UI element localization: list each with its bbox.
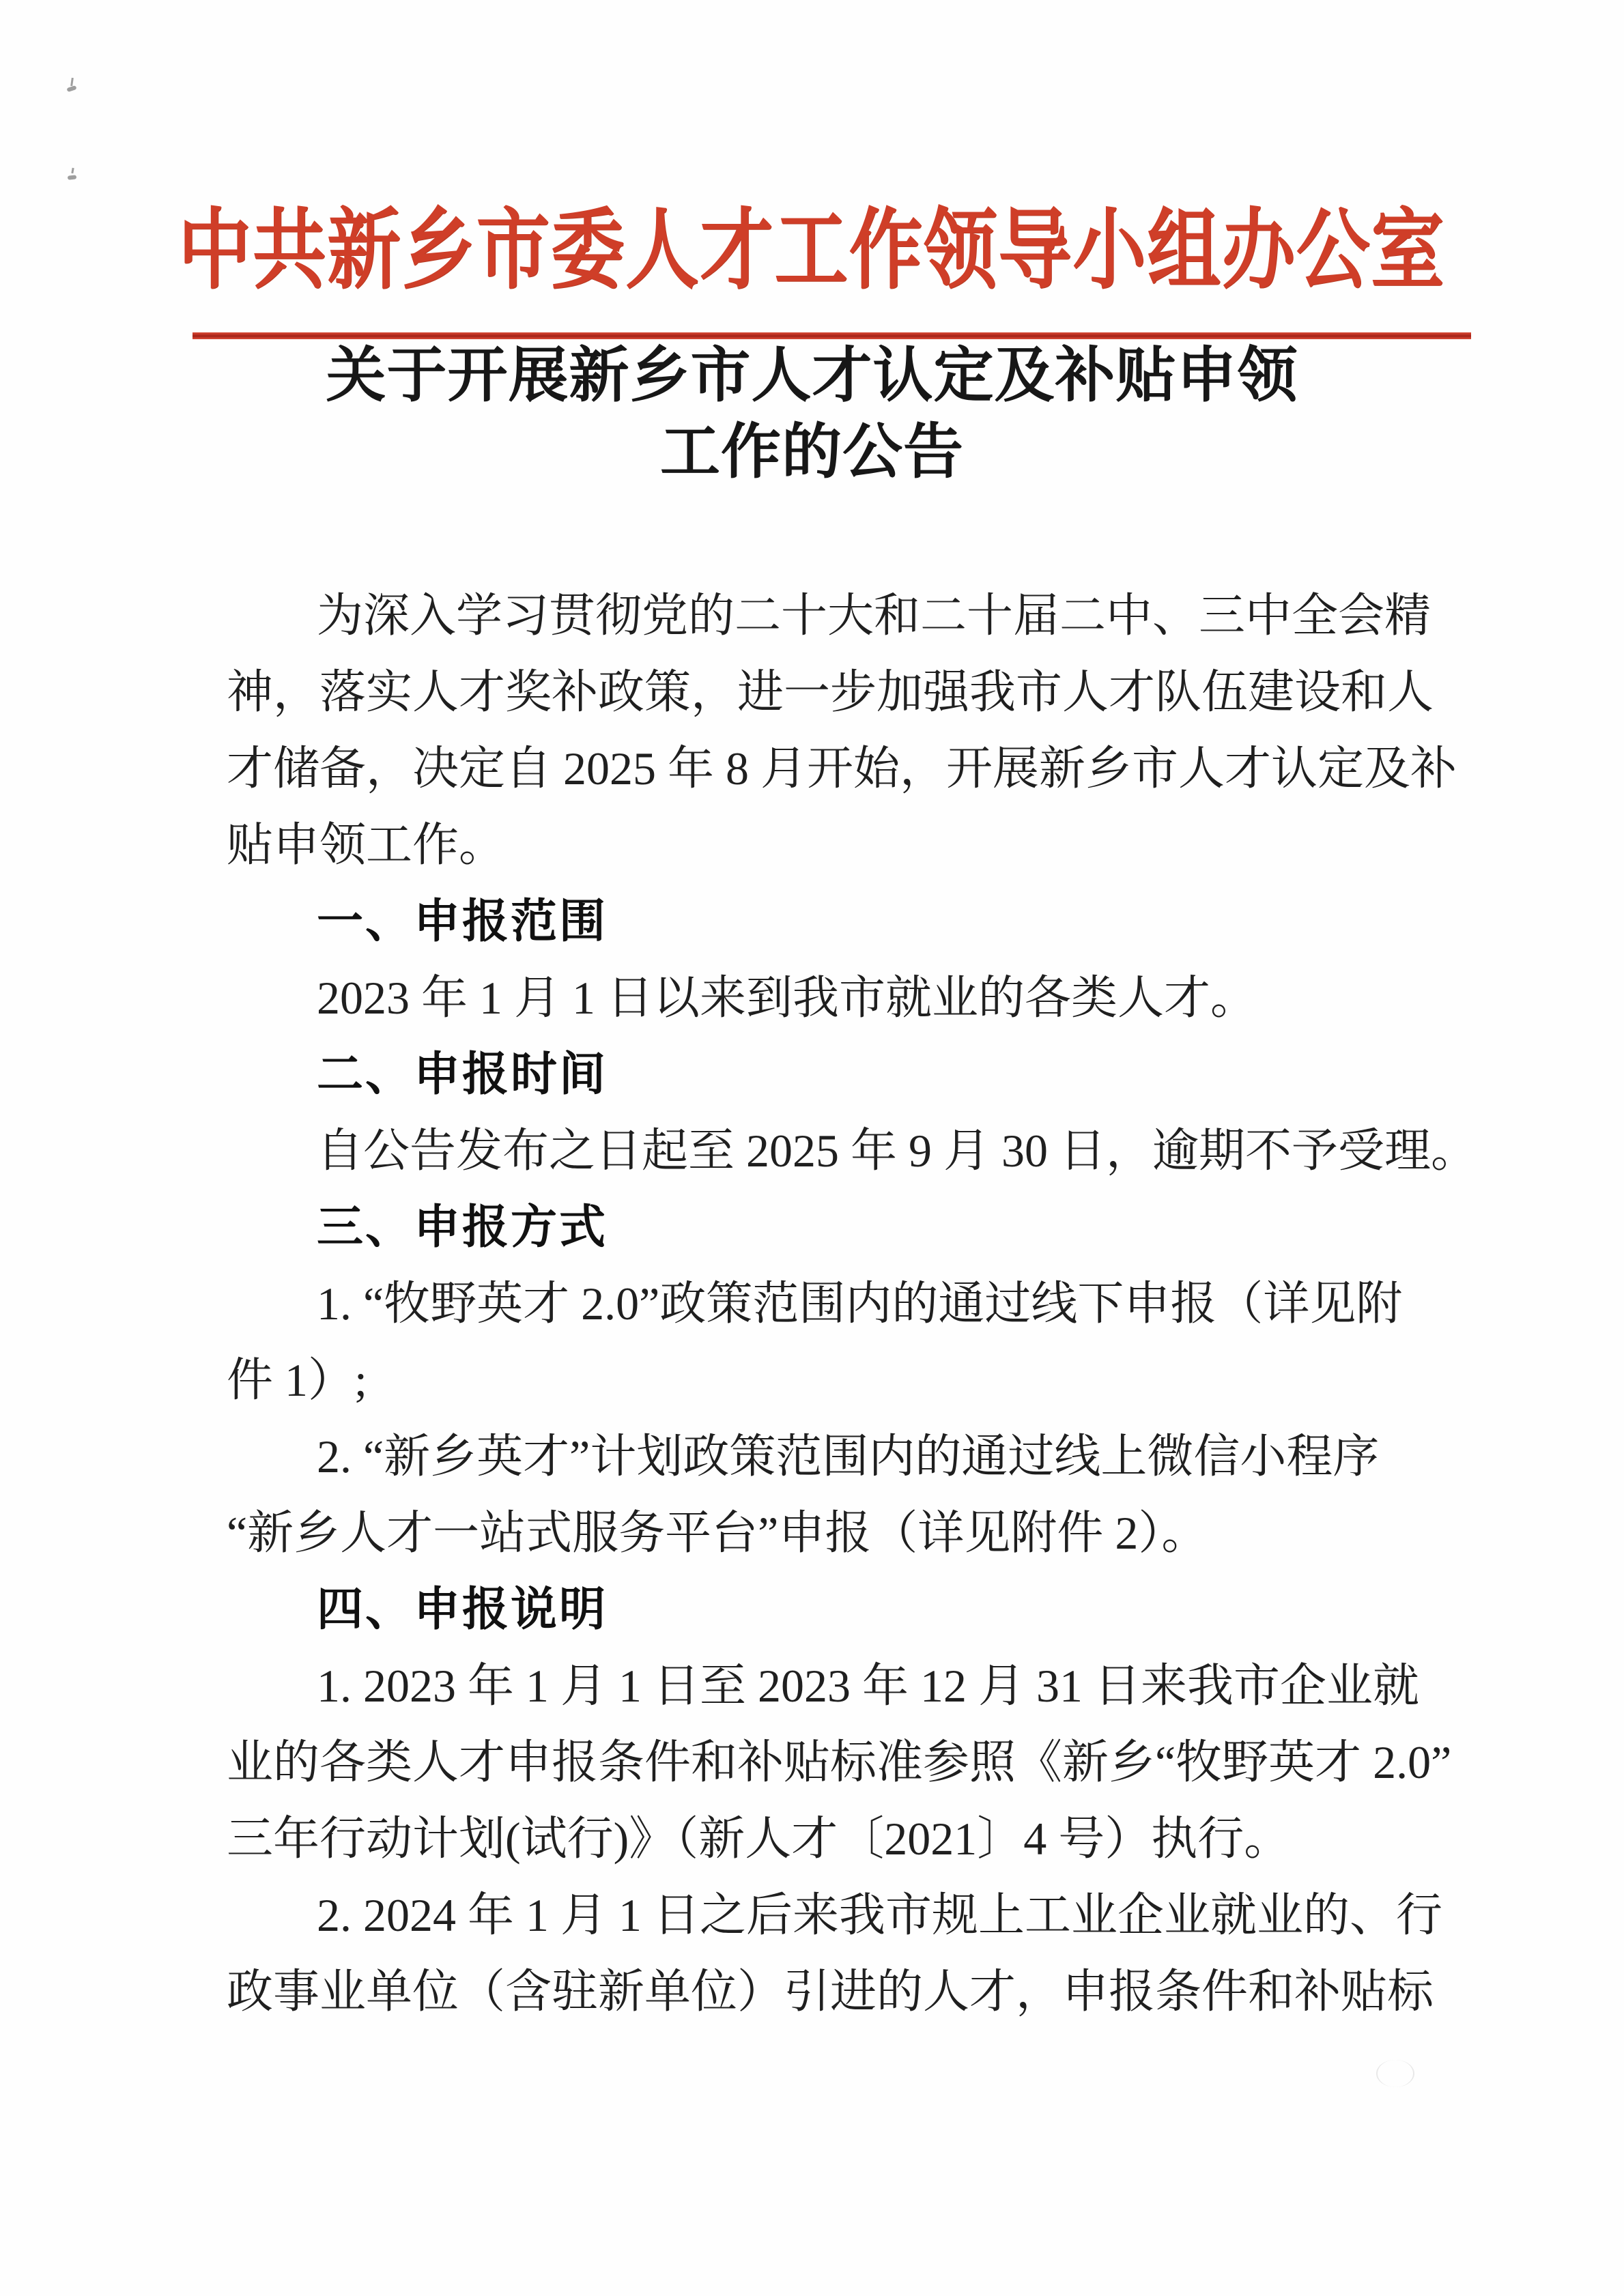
document-line: 2. “新乡英才”计划政策范围内的通过线上微信小程序 [227,1418,1449,1495]
document-body: 为深入学习贯彻党的二十大和二十届二中、三中全会精 神，落实人才奖补政策，进一步加… [227,577,1449,2030]
document-line: 1. “牧野英才 2.0”政策范围内的通过线下申报（详见附 [227,1265,1449,1342]
document-line: 为深入学习贯彻党的二十大和二十届二中、三中全会精 [227,577,1449,654]
scan-artifact-mark [66,85,76,92]
scan-artifact [66,78,79,96]
scan-artifact-mark [71,168,74,173]
document-line: 业的各类人才申报条件和补贴标准参照《新乡“牧野英才 2.0” [227,1724,1449,1800]
document-line: 政事业单位（含驻新单位）引进的人才，申报条件和补贴标 [227,1953,1449,2030]
scan-artifact-mark [68,175,77,180]
document-line: 才储备，决定自 2025 年 8 月开始，开展新乡市人才认定及补 [227,730,1449,807]
section-heading-4: 四、申报说明 [227,1571,1449,1648]
document-line: 2023 年 1 月 1 日以来到我市就业的各类人才。 [227,960,1449,1036]
document-line: 神，落实人才奖补政策，进一步加强我市人才队伍建设和人 [227,654,1449,730]
scan-artifact [1376,2060,1414,2087]
document-line: 自公告发布之日起至 2025 年 9 月 30 日，逾期不予受理。 [227,1113,1449,1189]
document-title-line2: 工作的公告 [0,415,1624,491]
issuing-office-name: 中共新乡市委人才工作领导小组办公室 [178,199,1445,302]
section-heading-2: 二、申报时间 [227,1036,1449,1113]
document-line: “新乡人才一站式服务平台”申报（详见附件 2）。 [227,1495,1449,1571]
document-line: 贴申领工作。 [227,807,1449,883]
document-line: 三年行动计划(试行)》（新人才〔2021〕4 号）执行。 [227,1800,1449,1877]
scanned-document-page: 中共新乡市委人才工作领导小组办公室 关于开展新乡市人才认定及补贴申领 工作的公告… [0,0,1624,2296]
document-line: 1. 2023 年 1 月 1 日至 2023 年 12 月 31 日来我市企业… [227,1648,1449,1724]
document-line: 2. 2024 年 1 月 1 日之后来我市规上工业企业就业的、行 [227,1877,1449,1953]
section-heading-1: 一、申报范围 [227,883,1449,960]
document-title: 关于开展新乡市人才认定及补贴申领 工作的公告 [0,339,1624,491]
section-heading-3: 三、申报方式 [227,1189,1449,1265]
document-masthead: 中共新乡市委人才工作领导小组办公室 [0,199,1624,328]
scan-artifact [67,168,79,183]
document-line: 件 1）; [227,1342,1449,1418]
scan-artifact-mark [70,78,74,86]
document-title-line1: 关于开展新乡市人才认定及补贴申领 [0,339,1624,415]
